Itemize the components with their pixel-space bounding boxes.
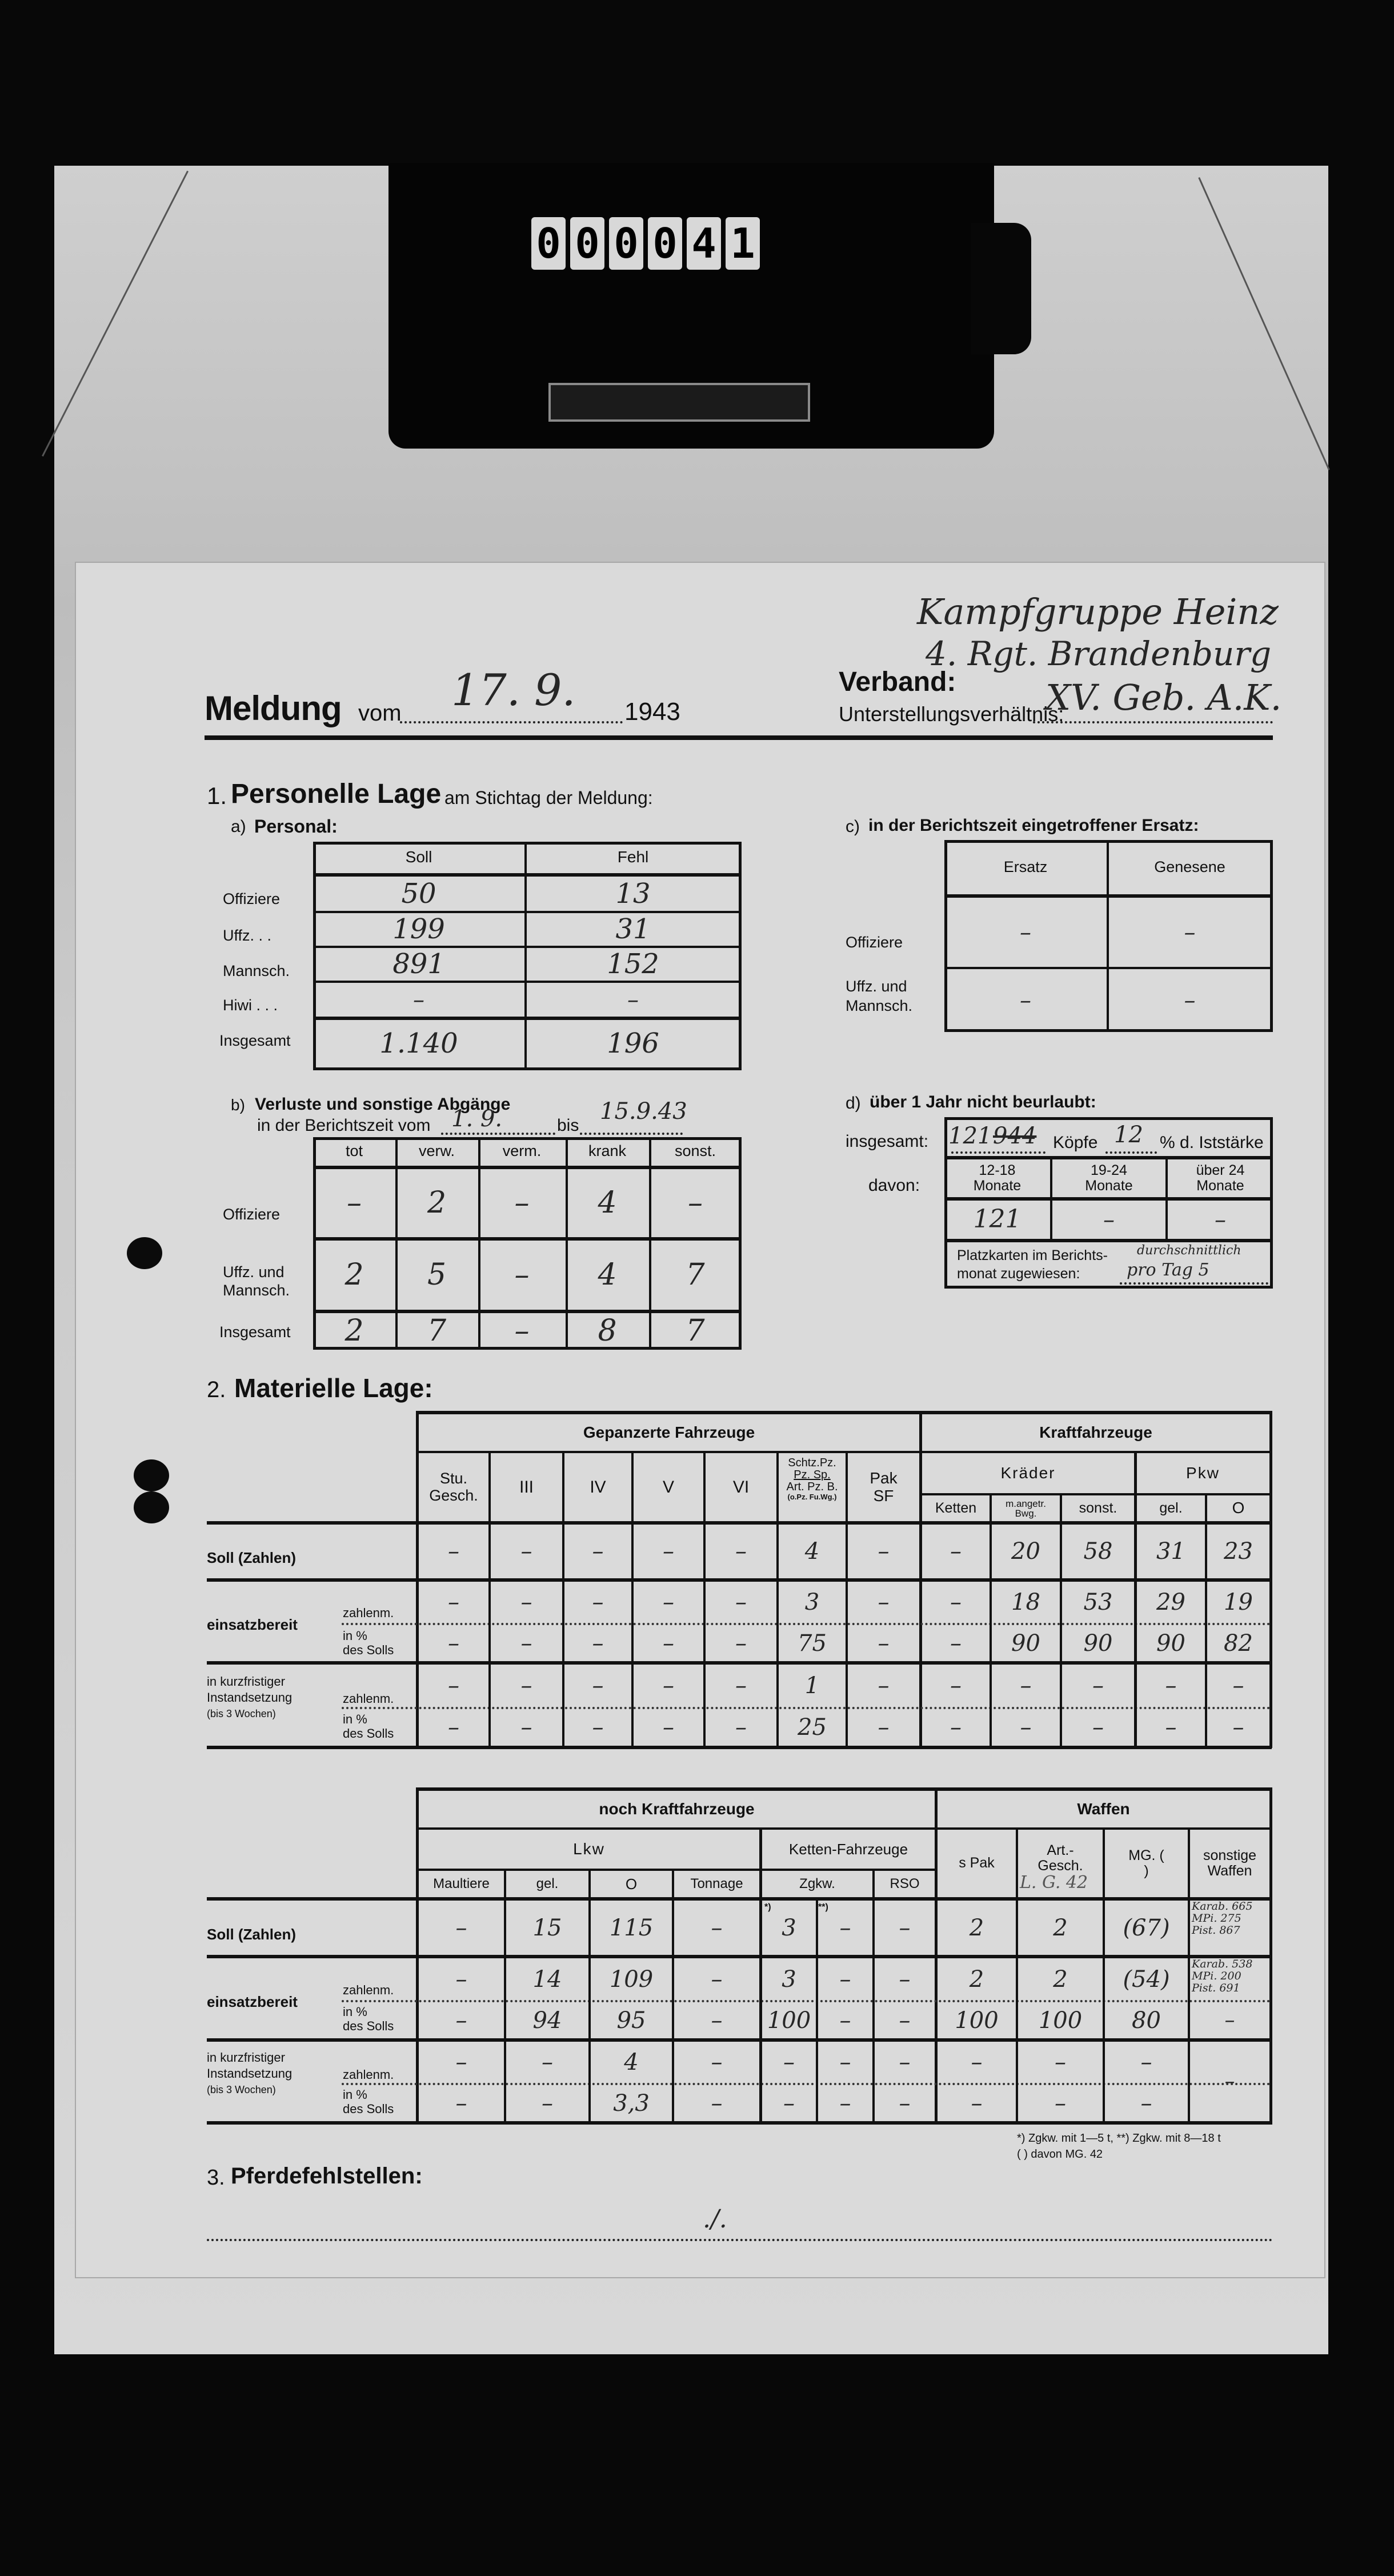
ersatz-cell[interactable]: –	[1107, 898, 1273, 967]
materiel-cell-soll[interactable]: –	[818, 1901, 872, 1955]
col-header-line: (o.Pz. Fu.Wg.)	[779, 1493, 846, 1501]
row-label-des-solls: des Solls	[343, 2020, 394, 2033]
platzkarten-label: monat zugewiesen:	[957, 1267, 1080, 1281]
personal-fehl-uffz[interactable]: 31	[524, 913, 742, 946]
insgesamt-line	[951, 1151, 1045, 1154]
personal-fehl-offiziere[interactable]: 13	[524, 877, 742, 911]
materiel-cell-einsatz_num[interactable]: 3	[779, 1582, 846, 1623]
header-rule	[205, 735, 1273, 740]
form-title: Meldung	[205, 691, 342, 726]
col-header: Maultiere	[419, 1871, 504, 1897]
counter-digit: 4	[687, 217, 721, 270]
ersatz-cell[interactable]: –	[1107, 969, 1273, 1032]
verluste-cell[interactable]: 2	[313, 1313, 395, 1350]
materiel-cell-instand_num[interactable]: 4	[591, 2042, 672, 2083]
subgroup-pkw: Pkw	[1136, 1453, 1269, 1493]
materiel-cell-instand_pct[interactable]: –	[922, 1709, 990, 1746]
materiel-cell-instand_num[interactable]: –	[922, 1665, 990, 1707]
row-label-des-solls: des Solls	[343, 2103, 394, 2115]
punch-hole	[134, 1459, 169, 1491]
col-header: Zgkw.	[762, 1871, 872, 1897]
materiel-cell-instand_num[interactable]: –	[419, 2042, 504, 2083]
materiel-cell-soll[interactable]: 20	[992, 1525, 1060, 1578]
personal-soll-hiwi[interactable]: –	[313, 983, 524, 1017]
unterstellung-line	[1033, 721, 1273, 723]
materiel-cell-instand_num[interactable]: –	[564, 1665, 631, 1707]
verluste-cell[interactable]: 7	[649, 1241, 742, 1310]
verluste-cell[interactable]: –	[649, 1169, 742, 1237]
punch-hole	[134, 1491, 169, 1523]
art-gesch-note[interactable]: L. G. 42	[1020, 1874, 1088, 1891]
materiel-cell-einsatz_num[interactable]: –	[848, 1582, 919, 1623]
materiel-cell-soll[interactable]: –	[848, 1525, 919, 1578]
col-header: s Pak	[938, 1830, 1016, 1897]
col-header-line: Pz. Sp.	[779, 1469, 846, 1481]
materiel-cell-soll[interactable]: 23	[1207, 1525, 1269, 1578]
materiel-cell-instand_num[interactable]: –	[762, 2042, 816, 2083]
materiel-cell-einsatz_pct[interactable]: 100	[938, 2002, 1016, 2038]
materiel-cell-soll[interactable]: –	[875, 1901, 935, 1955]
materiel-cell-einsatz_num[interactable]: (54)	[1105, 1958, 1188, 2000]
materiel-cell-einsatz_pct[interactable]: –	[848, 1625, 919, 1661]
period-prefix: in der Berichtszeit vom	[257, 1117, 430, 1134]
materiel-cell-einsatz_num[interactable]: –	[706, 1582, 776, 1623]
row-label: Uffz. und Mannsch.	[846, 977, 937, 1016]
percent-line	[1105, 1151, 1157, 1154]
materiel-cell-einsatz_pct[interactable]: –	[674, 2002, 759, 2038]
col-header-ueber-24: über 24 Monate	[1168, 1159, 1273, 1197]
materiel-cell-instand_num[interactable]: –	[419, 1665, 488, 1707]
urlaub-cell[interactable]: –	[1168, 1201, 1273, 1239]
verluste-cell[interactable]: 4	[566, 1169, 649, 1237]
materiel-cell-instand_pct[interactable]: –	[1137, 1709, 1205, 1746]
unterstellung-label: Unterstellungsverhältnis:	[839, 704, 1064, 725]
materiel-cell-einsatz_num[interactable]: 29	[1137, 1582, 1205, 1623]
platzkarten-value[interactable]: pro Tag 5	[1127, 1262, 1209, 1279]
col-header-fehl: Fehl	[524, 842, 742, 873]
materiel-cell-instand_pct[interactable]: –	[634, 1709, 703, 1746]
personal-fehl-mannsch[interactable]: 152	[524, 948, 742, 981]
row-label: Offiziere	[223, 1207, 280, 1222]
col-header-soll: Soll	[313, 842, 524, 873]
personal-fehl-insgesamt[interactable]: 196	[524, 1020, 742, 1067]
materiel-cell-instand_num[interactable]: –	[1062, 1665, 1134, 1707]
section3-title: Pferdefehlstellen:	[231, 2165, 423, 2187]
date-line	[400, 721, 623, 723]
materiel-cell-einsatz_num[interactable]: –	[818, 1958, 872, 2000]
unterstellung-value[interactable]: XV. Geb. A.K.	[1045, 680, 1281, 715]
col-header-verm: verm.	[478, 1137, 566, 1166]
section1-subtitle: am Stichtag der Meldung:	[444, 789, 653, 807]
col-header-schtz: Schtz.Pz. Pz. Sp. Art. Pz. B. (o.Pz. Fu.…	[779, 1457, 846, 1501]
col-header: V	[634, 1453, 703, 1521]
sonstige-waffen-einsatz[interactable]: Karab. 538 MPi. 200 Pist. 691	[1192, 1958, 1252, 1994]
materiel-cell-einsatz_pct[interactable]: 100	[1018, 2002, 1103, 2038]
col-header: MG. ( )	[1105, 1830, 1188, 1897]
materiel-cell-instand_num[interactable]: –	[1137, 1665, 1205, 1707]
row-label-zahlenm: zahlenm.	[343, 1607, 394, 1619]
col-header: sonstige Waffen	[1190, 1830, 1269, 1897]
materiel-cell-soll[interactable]: 4	[779, 1525, 846, 1578]
subgroup-kraeder: Kräder	[922, 1453, 1134, 1493]
urlaub-label: d)	[846, 1095, 861, 1112]
col-header-12-18: 12-18 Monate	[944, 1159, 1050, 1197]
materiel-cell-einsatz_num[interactable]: 14	[506, 1958, 588, 2000]
materiel-cell-einsatz_num[interactable]: –	[634, 1582, 703, 1623]
verluste-cell[interactable]: –	[478, 1313, 566, 1350]
grid-line	[944, 1239, 1273, 1242]
row-label-zahlenm: zahlenm.	[343, 1984, 394, 1997]
frame-counter-digits: 0 0 0 0 4 1	[531, 217, 760, 274]
row-label: Insgesamt	[219, 1325, 291, 1340]
materiel-cell-soll[interactable]: 2	[938, 1901, 1016, 1955]
col-header: RSO	[875, 1871, 935, 1897]
materiel-cell-instand_pct[interactable]: –	[491, 1709, 562, 1746]
materiel-cell-soll[interactable]: 115	[591, 1901, 672, 1955]
report-year: 1943	[624, 699, 680, 725]
grid-line	[207, 1746, 1272, 1749]
col-header: Ketten	[922, 1495, 990, 1521]
materiel-cell-soll[interactable]: 2	[1018, 1901, 1103, 1955]
footnote-mg42: ( ) davon MG. 42	[1017, 2149, 1103, 2160]
row-label: Offiziere	[223, 891, 280, 907]
materiel-cell-instand_num[interactable]: –	[992, 1665, 1060, 1707]
col-header: III	[491, 1453, 562, 1521]
materiel-cell-einsatz_num[interactable]: 18	[992, 1582, 1060, 1623]
materiel-cell-instand_pct[interactable]: –	[1018, 2085, 1103, 2121]
personal-soll-mannsch[interactable]: 891	[313, 948, 524, 981]
grid-line	[207, 2121, 1272, 2125]
section2-title: Materielle Lage:	[234, 1375, 433, 1401]
materiel-cell-instand_num[interactable]: –	[634, 1665, 703, 1707]
materiel-cell-soll[interactable]: –	[706, 1525, 776, 1578]
materiel-cell-einsatz_num[interactable]: –	[419, 1958, 504, 2000]
row-label-instand: (bis 3 Wochen)	[207, 2085, 276, 2095]
verband-value-line2[interactable]: 4. Rgt. Brandenburg	[926, 637, 1271, 670]
col-header: Pak SF	[848, 1453, 919, 1521]
col-header-19-24: 19-24 Monate	[1052, 1159, 1165, 1197]
personal-soll-offiziere[interactable]: 50	[313, 877, 524, 911]
materiel-cell-einsatz_num[interactable]: –	[419, 1582, 488, 1623]
materiel-cell-instand_pct[interactable]: 25	[779, 1709, 846, 1746]
materiel-cell-einsatz_pct[interactable]: 75	[779, 1625, 846, 1661]
materiel-cell-soll[interactable]: –	[419, 1901, 504, 1955]
col-header: sonst.	[1062, 1495, 1134, 1521]
group-header-waffen: Waffen	[938, 1791, 1269, 1827]
percent-value[interactable]: 12	[1114, 1123, 1143, 1146]
row-label-in-pct: in %	[343, 2089, 367, 2101]
row-label-des-solls: des Solls	[343, 1727, 394, 1740]
counter-digit: 0	[531, 217, 566, 270]
col-header-verw: verw.	[395, 1137, 478, 1166]
counter-knob	[971, 223, 1031, 354]
materiel-cell-instand_pct[interactable]: –	[1062, 1709, 1134, 1746]
row-label-instand: in kurzfristiger	[207, 1675, 285, 1688]
insgesamt-struck-value: 944	[993, 1125, 1036, 1147]
verluste-cell[interactable]: 8	[566, 1313, 649, 1350]
counter-digit: 0	[609, 217, 643, 270]
col-header: VI	[706, 1453, 776, 1521]
verluste-cell[interactable]: 5	[395, 1241, 478, 1310]
personal-soll-insgesamt[interactable]: 1.140	[313, 1020, 524, 1067]
materiel-cell-soll[interactable]: –	[674, 1901, 759, 1955]
vom-label: vom	[358, 702, 402, 725]
period-from[interactable]: 1. 9.	[451, 1107, 502, 1130]
urlaub-title: über 1 Jahr nicht beurlaubt:	[870, 1094, 1096, 1111]
row-label-des-solls: des Solls	[343, 1644, 394, 1657]
materiel-cell-instand_num[interactable]: –	[875, 2042, 935, 2083]
row-label-instand: Instandsetzung	[207, 1691, 292, 1704]
materiel-cell-instand_num[interactable]: –	[938, 2042, 1016, 2083]
verluste-cell[interactable]: –	[313, 1169, 395, 1237]
sonstige-line: MPi. 200	[1192, 1970, 1252, 1982]
materiel-cell-instand_pct[interactable]: –	[848, 1709, 919, 1746]
personal-label: a)	[231, 818, 246, 835]
materiel-cell-einsatz_pct[interactable]: –	[875, 2002, 935, 2038]
verluste-cell[interactable]: 2	[313, 1241, 395, 1310]
materiel-cell-soll[interactable]: –	[564, 1525, 631, 1578]
materiel-cell-instand_num[interactable]: –	[674, 2042, 759, 2083]
materiel-cell-einsatz_pct[interactable]: 94	[506, 2002, 588, 2038]
section2-number: 2.	[207, 1378, 226, 1401]
sonstige-line: Karab. 665	[1192, 1901, 1252, 1913]
row-label-soll: Soll (Zahlen)	[207, 1927, 296, 1942]
materiel-cell-instand_pct[interactable]: –	[1207, 1709, 1269, 1746]
personal-fehl-hiwi[interactable]: –	[524, 983, 742, 1017]
percent-label: % d. Iststärke	[1160, 1134, 1264, 1151]
materiel-cell-einsatz_pct[interactable]: 100	[762, 2002, 816, 2038]
materiel-cell-instand_pct[interactable]: –	[674, 2085, 759, 2121]
col-header-krank: krank	[566, 1137, 649, 1166]
counter-digit: 0	[648, 217, 682, 270]
verluste-label: b)	[231, 1097, 245, 1113]
materiel-cell-einsatz_num[interactable]: –	[491, 1582, 562, 1623]
col-header-ersatz: Ersatz	[944, 840, 1107, 894]
materiel-cell-instand_num[interactable]: –	[706, 1665, 776, 1707]
insgesamt-value[interactable]: 121	[948, 1125, 992, 1147]
materiel-cell-einsatz_pct[interactable]: 90	[992, 1625, 1060, 1661]
row-label: Insgesamt	[219, 1033, 291, 1049]
koepfe-label: Köpfe	[1053, 1134, 1097, 1151]
materiel-cell-einsatz_num[interactable]: –	[674, 1958, 759, 2000]
counter-nameplate	[548, 383, 810, 422]
materiel-cell-einsatz_pct[interactable]: –	[818, 2002, 872, 2038]
col-header: gel.	[506, 1871, 588, 1897]
platzkarten-value[interactable]: durchschnittlich	[1137, 1245, 1241, 1257]
sonstige-line: Pist. 867	[1192, 1925, 1252, 1937]
materiel-cell-einsatz_pct[interactable]: 90	[1137, 1625, 1205, 1661]
materiel-cell-soll[interactable]: –	[634, 1525, 703, 1578]
col-header-tot: tot	[313, 1137, 395, 1166]
materiel-cell-instand_pct[interactable]: –	[762, 2085, 816, 2121]
verluste-cell[interactable]: 7	[649, 1313, 742, 1350]
ersatz-label: c)	[846, 818, 860, 835]
materiel-cell-einsatz_pct[interactable]: –	[564, 1625, 631, 1661]
materiel-cell-instand_pct[interactable]: –	[938, 2085, 1016, 2121]
row-label: Mannsch.	[223, 963, 290, 979]
row-label-in-pct: in %	[343, 2006, 367, 2018]
subgroup-lkw: Lkw	[419, 1830, 759, 1869]
materiel-cell-instand_num[interactable]: –	[1018, 2042, 1103, 2083]
insgesamt-label: insgesamt:	[846, 1133, 928, 1150]
footnote-zgkw: *) Zgkw. mit 1—5 t, **) Zgkw. mit 8—18 t	[1017, 2133, 1221, 2144]
davon-label: davon:	[868, 1177, 920, 1194]
materiel-cell-instand_num[interactable]: –	[506, 2042, 588, 2083]
materiel-cell-soll[interactable]: –	[922, 1525, 990, 1578]
period-to-line	[580, 1133, 683, 1135]
materiel-cell-soll[interactable]: (67)	[1105, 1901, 1188, 1955]
sonstige-waffen-soll[interactable]: Karab. 665 MPi. 275 Pist. 867	[1192, 1901, 1252, 1937]
materiel-cell-einsatz_pct[interactable]: –	[419, 2002, 504, 2038]
materiel-cell-einsatz_pct[interactable]: 80	[1105, 2002, 1188, 2038]
materiel-cell-soll[interactable]: 31	[1137, 1525, 1205, 1578]
col-header: IV	[564, 1453, 631, 1521]
materiel-cell-einsatz_pct[interactable]: –	[706, 1625, 776, 1661]
materiel-cell-einsatz_pct[interactable]: –	[634, 1625, 703, 1661]
materiel-cell-instand_pct[interactable]: –	[506, 2085, 588, 2121]
sonstige-waffen-pct[interactable]: –	[1190, 2002, 1269, 2038]
materiel-cell-instand_pct[interactable]: –	[564, 1709, 631, 1746]
platzkarten-label: Platzkarten im Berichts-	[957, 1249, 1108, 1263]
materiel-cell-instand_pct[interactable]: –	[992, 1709, 1060, 1746]
group-header-kraftfahrzeuge: Kraftfahrzeuge	[922, 1414, 1269, 1451]
verband-value-line1[interactable]: Kampfgruppe Heinz	[917, 594, 1279, 630]
materiel-cell-einsatz_pct[interactable]: –	[922, 1625, 990, 1661]
materiel-cell-instand_num[interactable]: –	[1105, 2042, 1188, 2083]
personal-title: Personal:	[254, 817, 338, 835]
row-label: Offiziere	[846, 935, 903, 950]
col-header: Stu. Gesch.	[419, 1453, 488, 1521]
row-label-einsatzbereit: einsatzbereit	[207, 1617, 298, 1632]
col-header-line: Art. Pz. B.	[779, 1481, 846, 1493]
row-label: Uffz. . .	[223, 928, 271, 943]
materiel-cell-einsatz_num[interactable]: 3	[762, 1958, 816, 2000]
row-label: Uffz. und Mannsch.	[223, 1263, 309, 1300]
materiel-cell-instand_pct[interactable]: 3,3	[591, 2085, 672, 2121]
report-date[interactable]: 17. 9.	[451, 669, 576, 712]
sonstige-waffen-instand[interactable]: –	[1190, 2042, 1269, 2121]
counter-digit: 0	[570, 217, 604, 270]
materiel-cell-instand_pct[interactable]: –	[818, 2085, 872, 2121]
materiel-cell-instand_num[interactable]: 1	[779, 1665, 846, 1707]
verluste-cell[interactable]: –	[478, 1169, 566, 1237]
sonstige-line: Pist. 691	[1192, 1982, 1252, 1994]
materiel-cell-einsatz_num[interactable]: 2	[938, 1958, 1016, 2000]
row-label-instand: (bis 3 Wochen)	[207, 1709, 276, 1719]
platzkarten-line	[1120, 1282, 1268, 1285]
col-header-line: Schtz.Pz.	[779, 1457, 846, 1469]
counter-digit: 1	[726, 217, 760, 270]
ersatz-cell[interactable]: –	[944, 898, 1107, 967]
materiel-cell-einsatz_num[interactable]: –	[564, 1582, 631, 1623]
materiel-cell-instand_pct[interactable]: –	[706, 1709, 776, 1746]
col-header: m.angetr. Bwg.	[992, 1495, 1060, 1521]
materiel-cell-einsatz_num[interactable]: –	[875, 1958, 935, 2000]
materiel-cell-soll[interactable]: 58	[1062, 1525, 1134, 1578]
materiel-cell-soll[interactable]: –	[491, 1525, 562, 1578]
ersatz-title: in der Berichtszeit eingetroffener Ersat…	[868, 817, 1199, 834]
materiel-cell-instand_pct[interactable]: –	[419, 2085, 504, 2121]
col-header-sonst: sonst.	[649, 1137, 742, 1166]
materiel-cell-einsatz_num[interactable]: –	[922, 1582, 990, 1623]
group-header-gepanzerte: Gepanzerte Fahrzeuge	[419, 1414, 919, 1451]
period-from-line	[441, 1133, 555, 1135]
sonstige-line: Karab. 538	[1192, 1958, 1252, 1970]
period-to[interactable]: 15.9.43	[600, 1100, 687, 1123]
materiel-cell-instand_num[interactable]: –	[818, 2042, 872, 2083]
row-label-instand: Instandsetzung	[207, 2067, 292, 2080]
group-header-noch-kfz: noch Kraftfahrzeuge	[419, 1791, 935, 1827]
section3-line	[207, 2239, 1273, 2241]
row-label-zahlenm: zahlenm.	[343, 1693, 394, 1705]
materiel-cell-soll[interactable]: 15	[506, 1901, 588, 1955]
verluste-cell[interactable]: 2	[395, 1169, 478, 1237]
materiel-cell-soll[interactable]: 3	[762, 1901, 816, 1955]
row-label-zahlenm: zahlenm.	[343, 2069, 394, 2081]
materiel-cell-einsatz_num[interactable]: 109	[591, 1958, 672, 2000]
materiel-cell-einsatz_pct[interactable]: –	[491, 1625, 562, 1661]
section1-title: Personelle Lage	[231, 781, 441, 808]
urlaub-cell[interactable]: 121	[944, 1201, 1050, 1239]
row-label-einsatzbereit: einsatzbereit	[207, 1994, 298, 2009]
materiel-cell-einsatz_num[interactable]: 2	[1018, 1958, 1103, 2000]
materiel-cell-instand_num[interactable]: –	[848, 1665, 919, 1707]
materiel-cell-soll[interactable]: –	[419, 1525, 488, 1578]
materiel-cell-einsatz_pct[interactable]: –	[419, 1625, 488, 1661]
verluste-cell[interactable]: –	[478, 1241, 566, 1310]
materiel-cell-instand_pct[interactable]: –	[1105, 2085, 1188, 2121]
urlaub-cell[interactable]: –	[1052, 1201, 1165, 1239]
materiel-cell-instand_pct[interactable]: –	[875, 2085, 935, 2121]
materiel-cell-instand_pct[interactable]: –	[419, 1709, 488, 1746]
materiel-cell-instand_num[interactable]: –	[491, 1665, 562, 1707]
personal-soll-uffz[interactable]: 199	[313, 913, 524, 946]
row-label-in-pct: in %	[343, 1713, 367, 1726]
verluste-cell[interactable]: 7	[395, 1313, 478, 1350]
row-label-in-pct: in %	[343, 1630, 367, 1642]
materiel-cell-einsatz_num[interactable]: 53	[1062, 1582, 1134, 1623]
period-bis-label: bis	[557, 1117, 579, 1134]
row-label-soll: Soll (Zahlen)	[207, 1550, 296, 1565]
subgroup-ketten: Ketten-Fahrzeuge	[762, 1830, 935, 1869]
section3-number: 3.	[207, 2167, 225, 2189]
col-header-genesene: Genesene	[1107, 840, 1273, 894]
materiel-cell-einsatz_pct[interactable]: 90	[1062, 1625, 1134, 1661]
punch-hole	[127, 1237, 162, 1269]
pferdefehlstellen-value[interactable]: ./.	[703, 2207, 727, 2232]
col-header: gel.	[1137, 1495, 1205, 1521]
col-header: O	[591, 1871, 672, 1897]
materiel-cell-einsatz_pct[interactable]: 95	[591, 2002, 672, 2038]
sonstige-line: MPi. 275	[1192, 1913, 1252, 1925]
col-header: O	[1207, 1495, 1269, 1521]
materiel-cell-einsatz_pct[interactable]: 82	[1207, 1625, 1269, 1661]
row-label-instand: in kurzfristiger	[207, 2051, 285, 2064]
verluste-cell[interactable]: 4	[566, 1241, 649, 1310]
row-label: Hiwi . . .	[223, 998, 278, 1013]
materiel-cell-instand_num[interactable]: –	[1207, 1665, 1269, 1707]
ersatz-cell[interactable]: –	[944, 969, 1107, 1032]
col-header: Tonnage	[674, 1871, 759, 1897]
section1-number: 1.	[207, 784, 227, 808]
materiel-cell-einsatz_num[interactable]: 19	[1207, 1582, 1269, 1623]
